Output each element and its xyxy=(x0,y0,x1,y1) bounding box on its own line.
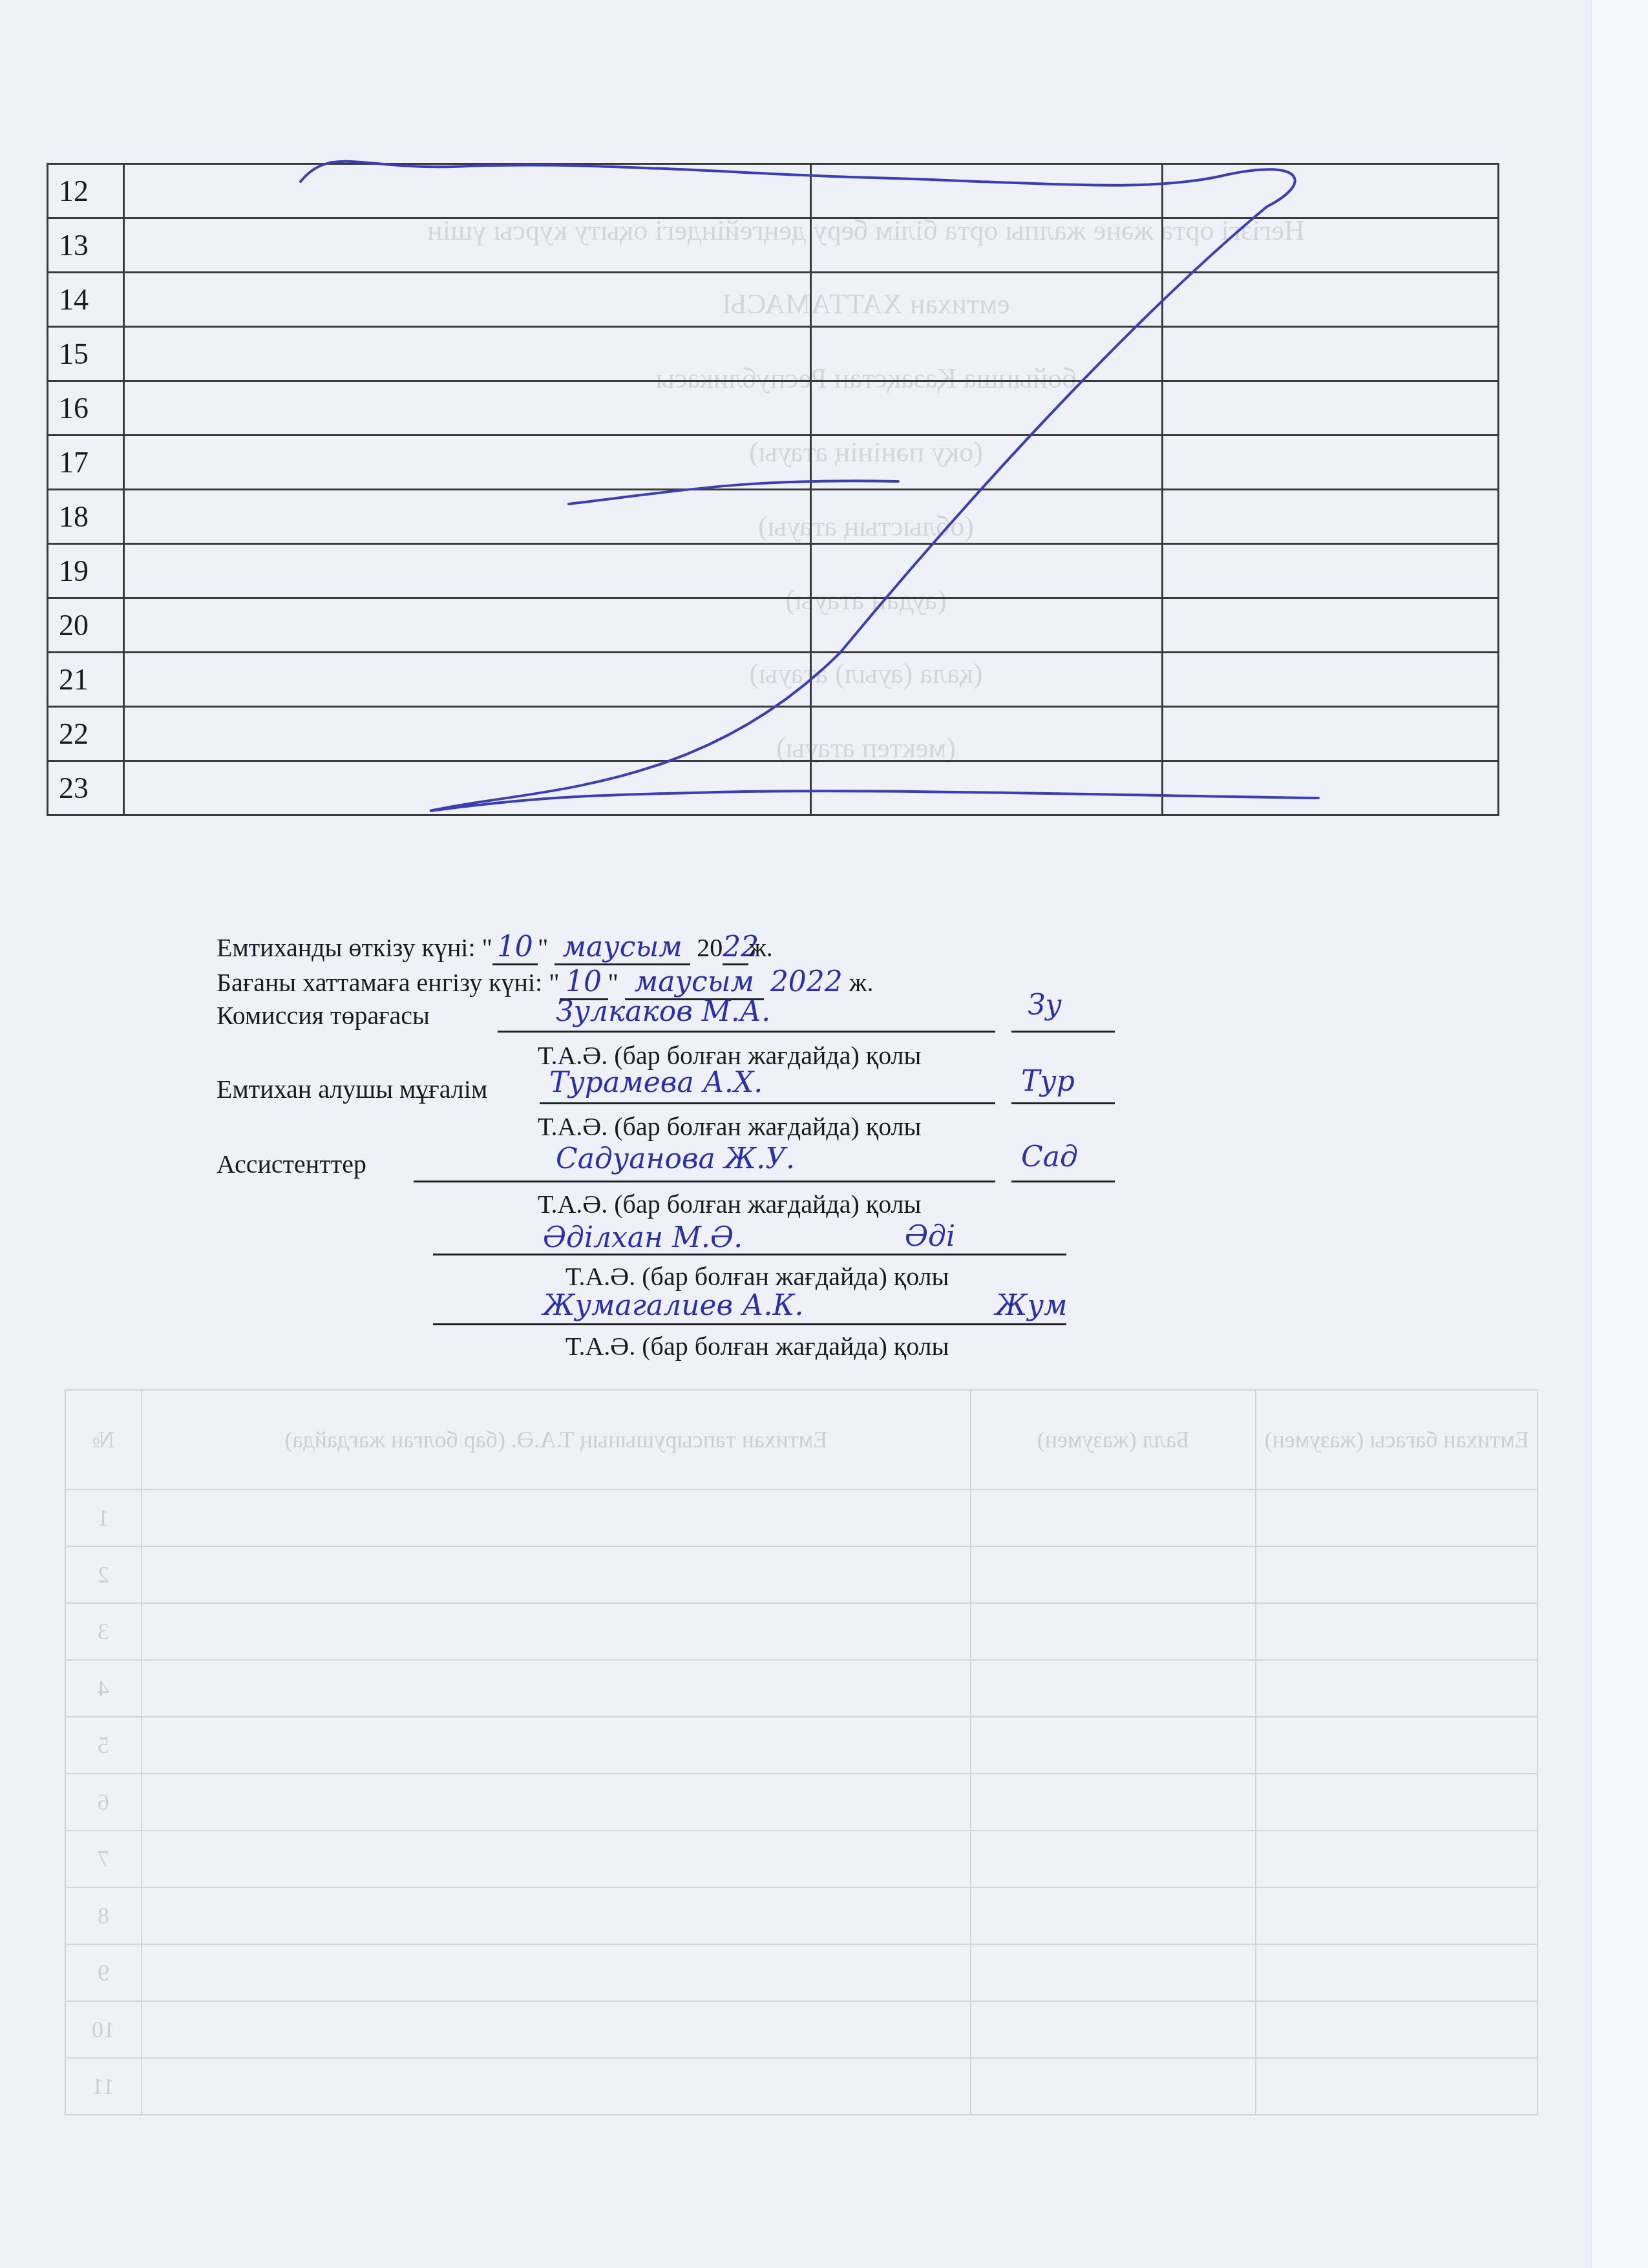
assistant-1-caption: Т.А.Ә. (бар болған жағдайда) қолы xyxy=(538,1189,921,1219)
table-row: 22 xyxy=(48,707,1499,761)
ghost-cell xyxy=(971,1831,1256,1887)
entry-year-field[interactable]: 2022 xyxy=(770,965,843,998)
name-cell[interactable] xyxy=(124,598,811,653)
ghost-cell xyxy=(971,1546,1256,1603)
ghost-cell xyxy=(1256,1887,1537,1944)
ghost-header: № xyxy=(65,1390,142,1489)
grade-cell[interactable] xyxy=(1163,490,1499,544)
score-cell[interactable] xyxy=(811,544,1163,598)
exam-year-prefix: 20 xyxy=(697,933,723,962)
ghost-row-number: 3 xyxy=(65,1603,142,1660)
ghost-cell xyxy=(1256,1717,1537,1774)
ghost-cell xyxy=(971,1944,1256,2001)
assistant-2-caption: Т.А.Ә. (бар болған жағдайда) қолы xyxy=(565,1261,949,1292)
chair-name-line xyxy=(498,1031,995,1033)
ghost-header: Емтихан тапсырушының Т.А.Ә. (бар болған … xyxy=(142,1390,971,1489)
row-number: 17 xyxy=(48,436,124,490)
assistant-3-signature[interactable]: Жум xyxy=(995,1289,1067,1322)
row-number: 23 xyxy=(48,761,124,815)
score-cell[interactable] xyxy=(811,653,1163,707)
score-cell[interactable] xyxy=(811,218,1163,273)
table-row: 13 xyxy=(48,218,1499,273)
ghost-cell xyxy=(971,1489,1256,1546)
ghost-row-number: 1 xyxy=(65,1489,142,1546)
score-cell[interactable] xyxy=(811,381,1163,436)
exam-month-field[interactable]: маусым xyxy=(555,930,690,965)
assistant-3-name[interactable]: Жумагалиев А.К. xyxy=(543,1289,803,1322)
assistant-3-line xyxy=(433,1323,1066,1325)
assistant-2-line xyxy=(433,1254,1066,1255)
teacher-label: Емтихан алушы мұғалім xyxy=(217,1074,487,1104)
exam-day-field[interactable]: 10 xyxy=(492,930,538,965)
ghost-header: Емтихан бағасы (жазумен) xyxy=(1256,1390,1537,1489)
row-number: 20 xyxy=(48,598,124,653)
row-number: 22 xyxy=(48,707,124,761)
name-cell[interactable] xyxy=(124,381,811,436)
row-number: 21 xyxy=(48,653,124,707)
table-row: 12 xyxy=(48,164,1499,218)
grade-cell[interactable] xyxy=(1163,653,1499,707)
entry-date-label: Бағаны хаттамаға енгізу күні: " xyxy=(217,968,560,997)
name-cell[interactable] xyxy=(124,761,811,815)
teacher-caption: Т.А.Ә. (бар болған жағдайда) қолы xyxy=(538,1111,921,1142)
ghost-cell xyxy=(1256,1944,1537,2001)
row-number: 15 xyxy=(48,327,124,381)
ghost-row-number: 2 xyxy=(65,1546,142,1603)
ghost-header: Балл (жазумен) xyxy=(971,1390,1256,1489)
score-cell[interactable] xyxy=(811,327,1163,381)
assistant-1-name-line xyxy=(414,1181,995,1182)
exam-date-label: Емтиханды өткізу күні: " xyxy=(217,933,492,962)
ghost-row-number: 9 xyxy=(65,1944,142,2001)
teacher-signature[interactable]: Тур xyxy=(1021,1065,1075,1098)
ghost-cell xyxy=(142,1887,971,1944)
table-row: 20 xyxy=(48,598,1499,653)
ghost-cell xyxy=(1256,1660,1537,1717)
score-cell[interactable] xyxy=(811,761,1163,815)
row-number: 14 xyxy=(48,273,124,327)
ghost-row-number: 8 xyxy=(65,1887,142,1944)
row-number: 18 xyxy=(48,490,124,544)
teacher-sign-line xyxy=(1011,1102,1115,1104)
ghost-cell xyxy=(971,2001,1256,2058)
name-cell[interactable] xyxy=(124,544,811,598)
assistant-1-name[interactable]: Садуанова Ж.У. xyxy=(556,1142,795,1175)
ghost-cell xyxy=(1256,1546,1537,1603)
ghost-cell xyxy=(1256,1489,1537,1546)
teacher-name[interactable]: Турамева А.Х. xyxy=(549,1066,763,1099)
ghost-cell xyxy=(971,1717,1256,1774)
grade-cell[interactable] xyxy=(1163,273,1499,327)
score-cell[interactable] xyxy=(811,164,1163,218)
ghost-cell xyxy=(142,1717,971,1774)
assistant-2-name[interactable]: Әділхан М.Ә. xyxy=(543,1221,743,1254)
ghost-cell xyxy=(142,1774,971,1831)
table-row: 19 xyxy=(48,544,1499,598)
assistant-3-caption: Т.А.Ә. (бар болған жағдайда) қолы xyxy=(565,1331,949,1361)
ghost-cell xyxy=(1256,1774,1537,1831)
ghost-cell xyxy=(971,1603,1256,1660)
row-number: 13 xyxy=(48,218,124,273)
table-row: 17 xyxy=(48,436,1499,490)
name-cell[interactable] xyxy=(124,218,811,273)
grade-cell[interactable] xyxy=(1163,707,1499,761)
table-row: 18 xyxy=(48,490,1499,544)
score-cell[interactable] xyxy=(811,436,1163,490)
entry-date-line: Бағаны хаттамаға енгізу күні: "10" маусы… xyxy=(217,965,874,1000)
grade-cell[interactable] xyxy=(1163,327,1499,381)
score-cell[interactable] xyxy=(811,598,1163,653)
table-row: 16 xyxy=(48,381,1499,436)
name-cell[interactable] xyxy=(124,273,811,327)
ghost-cell xyxy=(1256,1603,1537,1660)
grade-cell[interactable] xyxy=(1163,381,1499,436)
ghost-cell xyxy=(1256,1831,1537,1887)
ghost-row-number: 7 xyxy=(65,1831,142,1887)
name-cell[interactable] xyxy=(124,707,811,761)
assistant-1-signature[interactable]: Сад xyxy=(1021,1140,1078,1173)
table-row: 14 xyxy=(48,273,1499,327)
grade-cell[interactable] xyxy=(1163,218,1499,273)
name-cell[interactable] xyxy=(124,436,811,490)
page-edge xyxy=(1591,0,1648,2268)
grade-cell[interactable] xyxy=(1163,598,1499,653)
table-row: 15 xyxy=(48,327,1499,381)
table-row: 21 xyxy=(48,653,1499,707)
exam-year-field[interactable]: 22 xyxy=(723,930,748,965)
ghost-cell xyxy=(142,1603,971,1660)
chair-sign-line xyxy=(1011,1031,1115,1033)
ghost-row-number: 5 xyxy=(65,1717,142,1774)
chair-label: Комиссия төрағасы xyxy=(217,1000,430,1031)
assistants-label: Ассистенттер xyxy=(217,1149,366,1179)
ghost-cell xyxy=(142,2001,971,2058)
entry-year-suffix-label: ж. xyxy=(843,968,874,997)
exam-date-line: Емтиханды өткізу күні: "10" маусым 2022ж… xyxy=(217,930,773,965)
row-number: 12 xyxy=(48,164,124,218)
name-cell[interactable] xyxy=(124,490,811,544)
assistant-1-sign-line xyxy=(1011,1181,1115,1182)
ghost-row-number: 6 xyxy=(65,1774,142,1831)
ghost-cell xyxy=(971,2058,1256,2115)
ghost-row-number: 10 xyxy=(65,2001,142,2058)
ghost-cell xyxy=(142,1489,971,1546)
ghost-row-number: 11 xyxy=(65,2058,142,2115)
chair-signature[interactable]: Зу xyxy=(1028,989,1062,1022)
teacher-name-line xyxy=(540,1102,995,1104)
bleed-through-table: Емтихан бағасы (жазумен)Балл (жазумен)Ем… xyxy=(65,1389,1538,2087)
name-cell[interactable] xyxy=(124,327,811,381)
score-cell[interactable] xyxy=(811,273,1163,327)
ghost-cell xyxy=(142,1660,971,1717)
name-cell[interactable] xyxy=(124,653,811,707)
grade-cell[interactable] xyxy=(1163,544,1499,598)
ghost-cell xyxy=(971,1660,1256,1717)
ghost-cell xyxy=(142,1944,971,2001)
exam-results-table: 121314151617181920212223 xyxy=(47,163,1499,816)
score-cell[interactable] xyxy=(811,490,1163,544)
grade-cell[interactable] xyxy=(1163,436,1499,490)
row-number: 16 xyxy=(48,381,124,436)
exam-year-suffix-label: ж. xyxy=(748,933,773,962)
ghost-cell xyxy=(1256,2058,1537,2115)
chair-name[interactable]: Зулкаков М.А. xyxy=(556,995,770,1028)
ghost-cell xyxy=(971,1887,1256,1944)
ghost-cell xyxy=(142,2058,971,2115)
ghost-row-number: 4 xyxy=(65,1660,142,1717)
assistant-2-signature[interactable]: Әді xyxy=(905,1220,955,1253)
ghost-cell xyxy=(971,1774,1256,1831)
grade-cell[interactable] xyxy=(1163,164,1499,218)
row-number: 19 xyxy=(48,544,124,598)
grade-cell[interactable] xyxy=(1163,761,1499,815)
score-cell[interactable] xyxy=(811,707,1163,761)
table-row: 23 xyxy=(48,761,1499,815)
ghost-cell xyxy=(142,1831,971,1887)
ghost-cell xyxy=(1256,2001,1537,2058)
ghost-cell xyxy=(142,1546,971,1603)
name-cell[interactable] xyxy=(124,164,811,218)
